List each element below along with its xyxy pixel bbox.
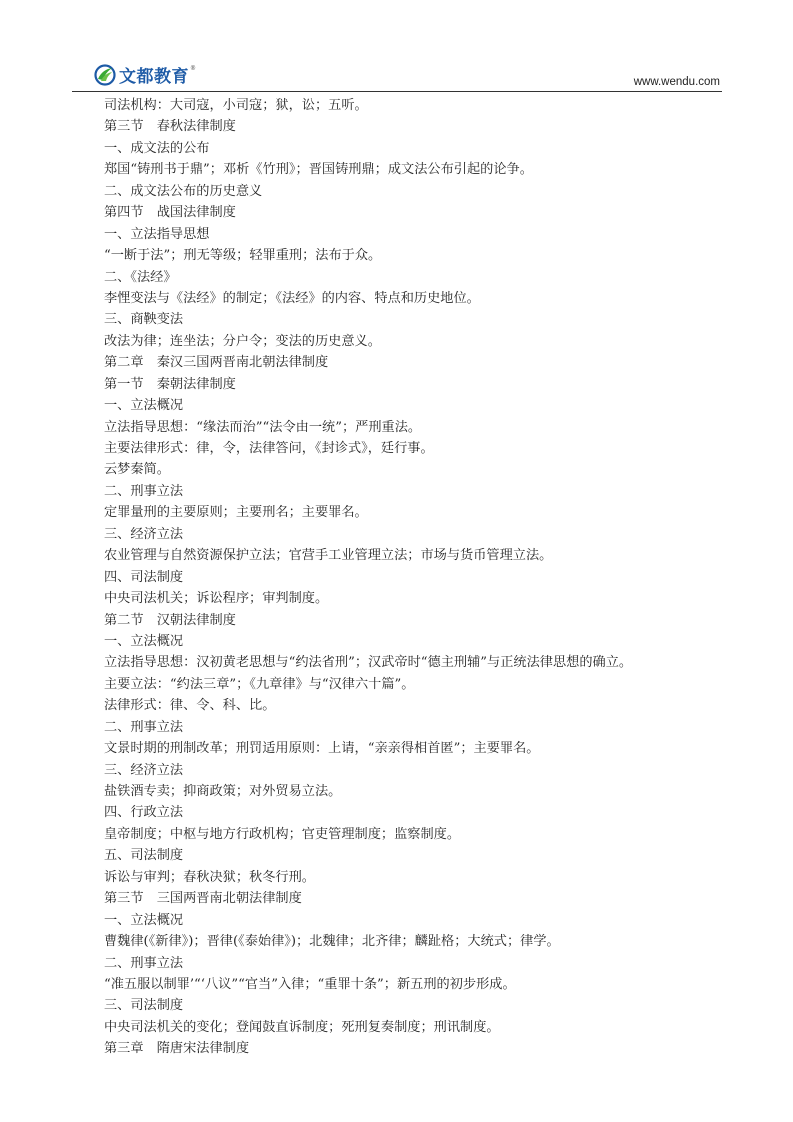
text-line: 主要立法：“约法三章”；《九章律》与“汉律六十篇”。 (104, 674, 724, 695)
header-divider (72, 91, 722, 92)
text-line: 文景时期的刑制改革；刑罚适用原则：上请，“亲亲得相首匿”；主要罪名。 (104, 738, 724, 759)
text-line: “一断于法”；刑无等级；轻罪重刑；法布于众。 (104, 245, 724, 266)
text-line: “准五服以制罪’“‘八议”“官当”入律；“重罪十条”；新五刑的初步形成。 (104, 974, 724, 995)
text-line: 皇帝制度；中枢与地方行政机构；官吏管理制度；监察制度。 (104, 824, 724, 845)
subheading: 一、立法概况 (104, 631, 724, 652)
text-line: 李悝变法与《法经》的制定；《法经》的内容、特点和历史地位。 (104, 288, 724, 309)
text-line: 诉讼与审判；春秋决狱；秋冬行刑。 (104, 867, 724, 888)
text-line: 司法机构：大司寇，小司寇；狱，讼；五听。 (104, 95, 724, 116)
site-url: www.wendu.com (634, 76, 720, 88)
registered-mark: ® (190, 65, 196, 72)
text-line: 曹魏律(《新律》)；晋律(《泰始律》)；北魏律；北齐律；麟趾格；大统式；律学。 (104, 931, 724, 952)
subheading: 三、经济立法 (104, 524, 724, 545)
text-line: 农业管理与自然资源保护立法；官营手工业管理立法；市场与货币管理立法。 (104, 545, 724, 566)
subheading: 二、刑事立法 (104, 953, 724, 974)
section-heading: 第二节 汉朝法律制度 (104, 610, 724, 631)
section-heading: 第三节 三国两晋南北朝法律制度 (104, 888, 724, 909)
text-line: 云梦秦简。 (104, 459, 724, 480)
chapter-heading: 第二章 秦汉三国两晋南北朝法律制度 (104, 352, 724, 373)
text-line: 中央司法机关；诉讼程序；审判制度。 (104, 588, 724, 609)
subheading: 一、成文法的公布 (104, 138, 724, 159)
logo-text: 文都教育 (119, 62, 189, 87)
text-line: 改法为律；连坐法；分户令；变法的历史意义。 (104, 331, 724, 352)
subheading: 三、司法制度 (104, 995, 724, 1016)
page-header: 文都教育 ® www.wendu.com (72, 0, 722, 93)
subheading: 五、司法制度 (104, 845, 724, 866)
subheading: 一、立法概况 (104, 395, 724, 416)
subheading: 二、《法经》 (104, 267, 724, 288)
text-line: 郑国“铸刑书于鼎”；邓析《竹刑》；晋国铸刑鼎；成文法公布引起的论争。 (104, 159, 724, 180)
document-body: 司法机构：大司寇，小司寇；狱，讼；五听。 第三节 春秋法律制度 一、成文法的公布… (104, 95, 724, 1060)
text-line: 立法指导思想：“缘法而治”“法令由一统”；严刑重法。 (104, 417, 724, 438)
text-line: 立法指导思想：汉初黄老思想与“约法省刑”；汉武帝时“德主刑辅”与正统法律思想的确… (104, 652, 724, 673)
text-line: 中央司法机关的变化；登闻鼓直诉制度；死刑复奏制度；刑讯制度。 (104, 1017, 724, 1038)
leaf-globe-icon (94, 64, 116, 86)
text-line: 定罪量刑的主要原则；主要刑名；主要罪名。 (104, 502, 724, 523)
subheading: 三、经济立法 (104, 760, 724, 781)
subheading: 二、刑事立法 (104, 717, 724, 738)
subheading: 二、刑事立法 (104, 481, 724, 502)
section-heading: 第三节 春秋法律制度 (104, 116, 724, 137)
subheading: 三、商鞅变法 (104, 309, 724, 330)
chapter-heading: 第三章 隋唐宋法律制度 (104, 1038, 724, 1059)
text-line: 盐铁酒专卖；抑商政策；对外贸易立法。 (104, 781, 724, 802)
wendu-logo: 文都教育 ® (94, 62, 196, 87)
text-line: 主要法律形式：律，令，法律答问，《封诊式》，廷行事。 (104, 438, 724, 459)
subheading: 一、立法概况 (104, 910, 724, 931)
subheading: 二、成文法公布的历史意义 (104, 181, 724, 202)
subheading: 四、行政立法 (104, 802, 724, 823)
text-line: 法律形式：律、令、科、比。 (104, 695, 724, 716)
section-heading: 第一节 秦朝法律制度 (104, 374, 724, 395)
subheading: 四、司法制度 (104, 567, 724, 588)
section-heading: 第四节 战国法律制度 (104, 202, 724, 223)
subheading: 一、立法指导思想 (104, 224, 724, 245)
